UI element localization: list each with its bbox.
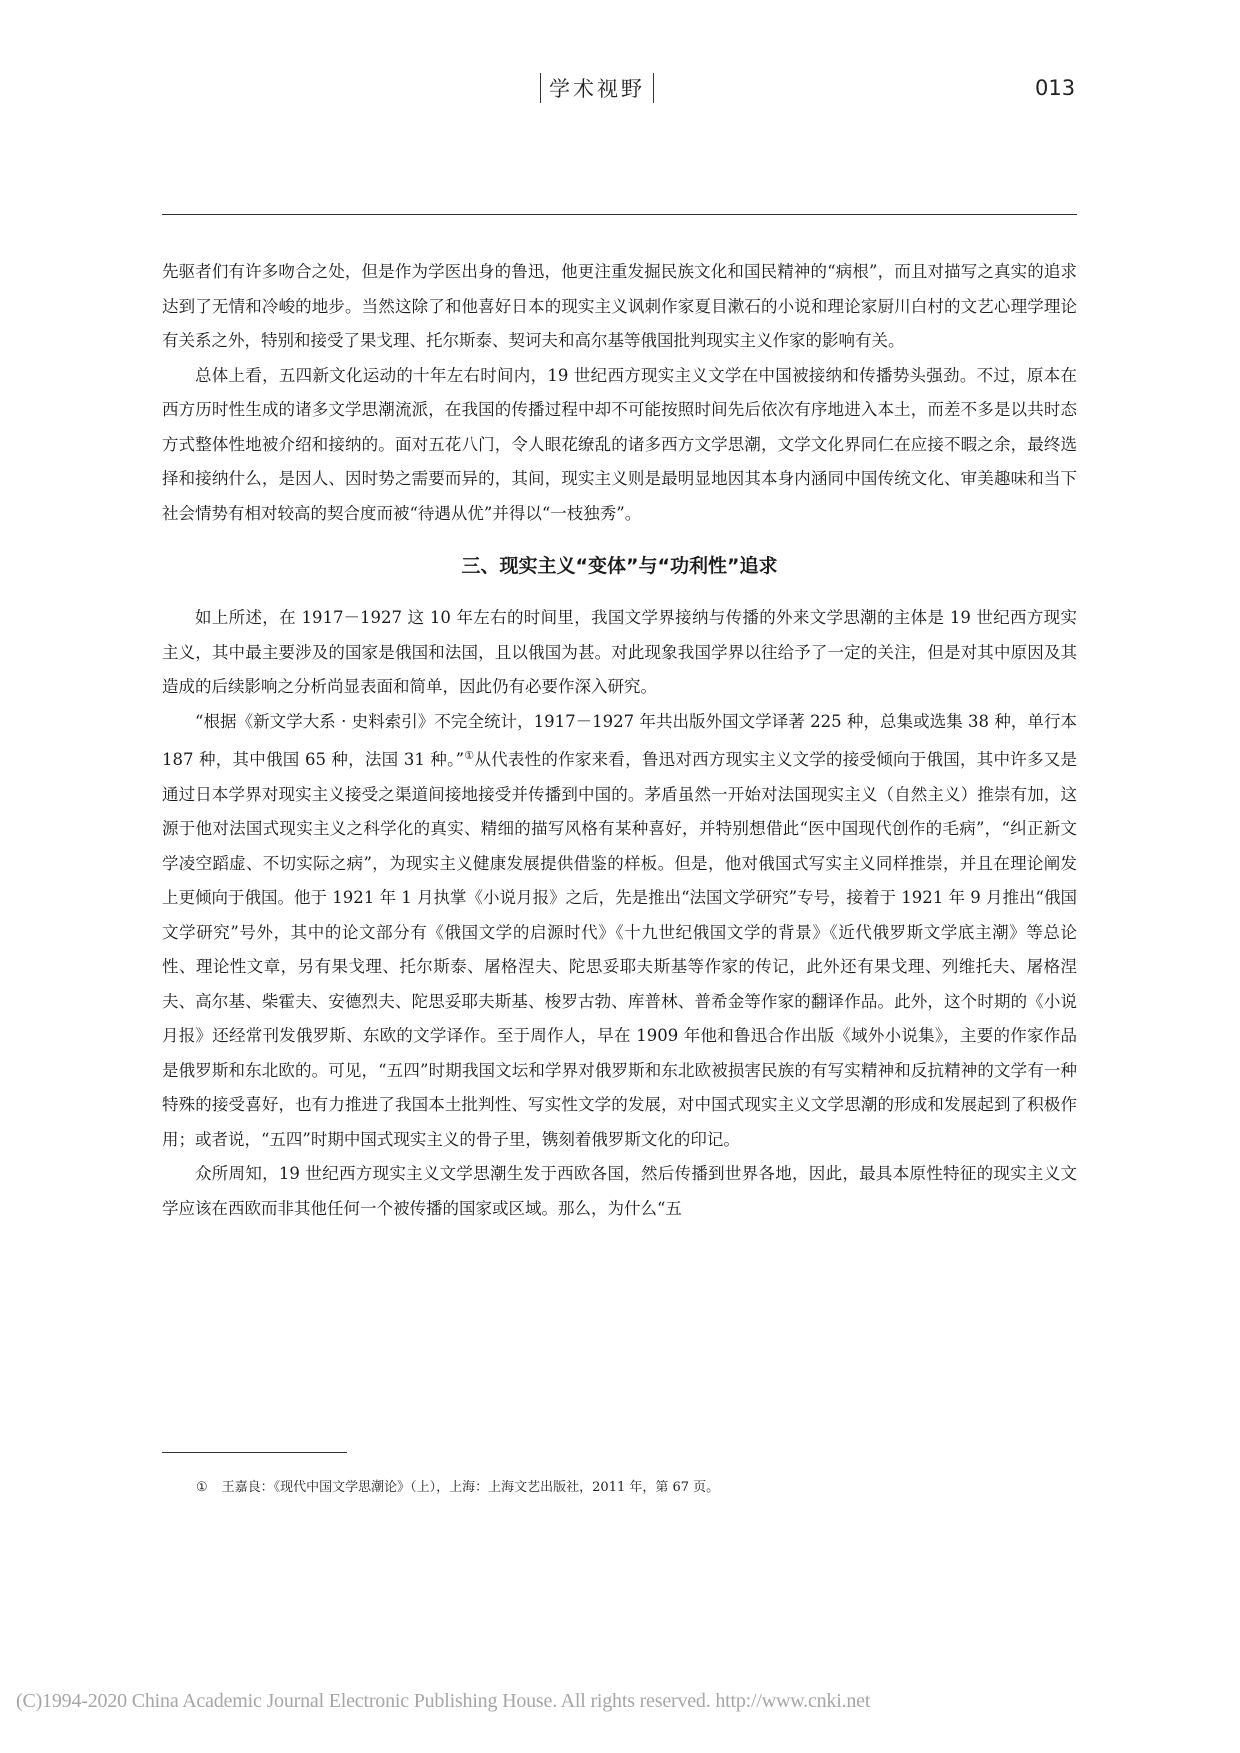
footnote-rule [162,1452,347,1453]
footnote: ①王嘉良：《现代中国文学思潮论》（上），上海：上海文艺出版社，2011 年，第 … [196,1476,719,1495]
section-heading: 三、现实主义“变体”与“功利性”追求 [162,548,1077,584]
running-header-section: 学术视野 [540,70,654,106]
page-number: 013 [1035,76,1075,100]
section-label: 学术视野 [541,73,653,103]
header-rule [162,214,1077,215]
paragraph: 如上所述，在 1917－1927 这 10 年左右的时间里，我国文学界接纳与传播… [162,601,1077,705]
paragraph-with-footnote: “根据《新文学大系 · 史料索引》不完全统计，1917－1927 年共出版外国文… [162,705,1077,1158]
paragraph-continuation: 从代表性的作家来看，鲁迅对西方现实主义文学的接受倾向于俄国，其中许多又是通过日本… [162,750,1077,1149]
header-divider-right [653,73,654,103]
article-body: 先驱者们有许多吻合之处，但是作为学医出身的鲁迅，他更注重发掘民族文化和国民精神的… [162,255,1077,1226]
footnote-text: 王嘉良：《现代中国文学思潮论》（上），上海：上海文艺出版社，2011 年，第 6… [222,1480,720,1495]
paragraph: 众所周知，19 世纪西方现实主义文学思潮生发于西欧各国，然后传播到世界各地，因此… [162,1157,1077,1226]
footnote-reference[interactable]: ① [464,749,474,762]
paragraph: 先驱者们有许多吻合之处，但是作为学医出身的鲁迅，他更注重发掘民族文化和国民精神的… [162,255,1077,359]
footnote-marker: ① [196,1480,208,1495]
copyright-watermark: (C)1994-2020 China Academic Journal Elec… [16,1690,870,1713]
paragraph: 总体上看，五四新文化运动的十年左右时间内，19 世纪西方现实主义文学在中国被接纳… [162,359,1077,532]
